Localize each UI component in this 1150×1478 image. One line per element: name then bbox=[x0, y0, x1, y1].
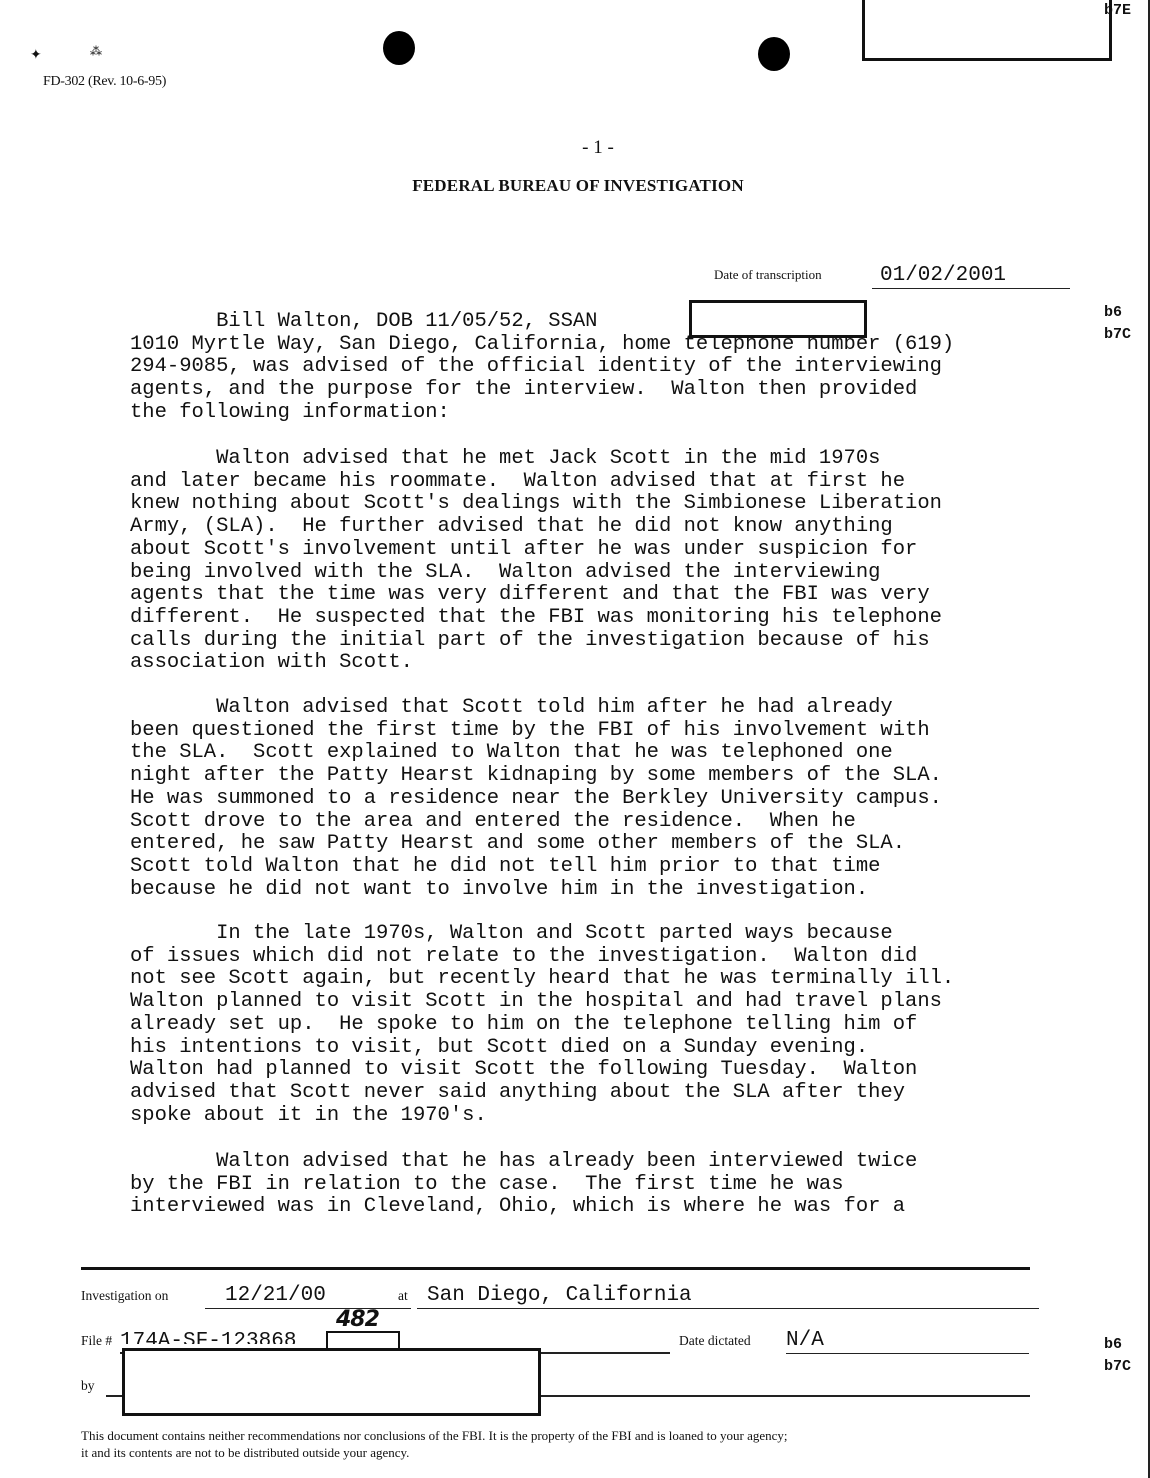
text-line: been questioned the first time by the FB… bbox=[130, 720, 1090, 743]
text-line: by the FBI in relation to the case. The … bbox=[130, 1174, 1090, 1197]
text-line: of issues which did not relate to the in… bbox=[130, 946, 1090, 969]
handwritten-serial: 482 bbox=[336, 1307, 379, 1332]
text-line: 1010 Myrtle Way, San Diego, California, … bbox=[130, 334, 1090, 357]
text-line: night after the Patty Hearst kidnaping b… bbox=[130, 765, 1090, 788]
disclaimer-line: This document contains neither recommend… bbox=[81, 1427, 1021, 1444]
exemption-codes: b6 b7C bbox=[1104, 302, 1131, 346]
text-line: because he did not want to involve him i… bbox=[130, 879, 1090, 902]
footer-divider bbox=[81, 1267, 1030, 1270]
exemption-codes: b6 b7C bbox=[1104, 1334, 1131, 1378]
text-line: about Scott's involvement until after he… bbox=[130, 539, 1090, 562]
date-dictated: N/A bbox=[786, 1329, 1029, 1354]
text-line: Walton advised that he met Jack Scott in… bbox=[130, 448, 1090, 471]
text-line: calls during the initial part of the inv… bbox=[130, 630, 1090, 653]
text-line: not see Scott again, but recently heard … bbox=[130, 968, 1090, 991]
date-of-transcription: 01/02/2001 bbox=[872, 264, 1070, 289]
text-line: Walton had planned to visit Scott the fo… bbox=[130, 1059, 1090, 1082]
redaction-box-ssan bbox=[689, 300, 867, 338]
text-line: the following information: bbox=[130, 402, 1090, 425]
redaction-box bbox=[862, 0, 1112, 61]
disclaimer: This document contains neither recommend… bbox=[81, 1427, 1021, 1461]
text-line: Scott told Walton that he did not tell h… bbox=[130, 856, 1090, 879]
text-line: and later became his roommate. Walton ad… bbox=[130, 471, 1090, 494]
exemption-code: b7C bbox=[1104, 324, 1131, 346]
punch-hole-icon bbox=[383, 31, 415, 65]
form-id: FD-302 (Rev. 10-6-95) bbox=[43, 74, 166, 90]
text-line: being involved with the SLA. Walton advi… bbox=[130, 562, 1090, 585]
text-line: Bill Walton, DOB 11/05/52, SSAN home add… bbox=[130, 311, 1090, 334]
text-line: agents that the time was very different … bbox=[130, 584, 1090, 607]
investigation-date: 12/21/00 bbox=[205, 1284, 411, 1309]
investigation-location: San Diego, California bbox=[417, 1284, 1039, 1309]
exemption-code: b6 bbox=[1104, 1334, 1131, 1356]
text-line: interviewed was in Cleveland, Ohio, whic… bbox=[130, 1196, 1090, 1219]
by-label: by bbox=[81, 1378, 95, 1394]
agency-title: FEDERAL BUREAU OF INVESTIGATION bbox=[0, 176, 1150, 196]
at-label: at bbox=[398, 1288, 408, 1304]
disclaimer-line: it and its contents are not to be distri… bbox=[81, 1444, 1021, 1461]
text-line: his intentions to visit, but Scott died … bbox=[130, 1037, 1090, 1060]
text-line: already set up. He spoke to him on the t… bbox=[130, 1014, 1090, 1037]
text-line: entered, he saw Patty Hearst and some ot… bbox=[130, 833, 1090, 856]
text-line: association with Scott. bbox=[130, 652, 1090, 675]
paragraph: Walton advised that he has already been … bbox=[130, 1151, 1090, 1219]
paragraph: Walton advised that he met Jack Scott in… bbox=[130, 448, 1090, 675]
date-dictated-label: Date dictated bbox=[679, 1333, 751, 1349]
investigation-on-label: Investigation on bbox=[81, 1288, 168, 1304]
paragraph: In the late 1970s, Walton and Scott part… bbox=[130, 923, 1090, 1127]
scan-artifact: ✦ bbox=[30, 47, 42, 64]
text-line: spoke about it in the 1970's. bbox=[130, 1105, 1090, 1128]
text-line: He was summoned to a residence near the … bbox=[130, 788, 1090, 811]
text-line: different. He suspected that the FBI was… bbox=[130, 607, 1090, 630]
file-number-label: File # bbox=[81, 1333, 112, 1349]
scan-artifact: ⁂ bbox=[90, 44, 102, 59]
text-line: agents, and the purpose for the intervie… bbox=[130, 379, 1090, 402]
text-line: Army, (SLA). He further advised that he … bbox=[130, 516, 1090, 539]
exemption-code: b7C bbox=[1104, 1356, 1131, 1378]
text-line: Walton planned to visit Scott in the hos… bbox=[130, 991, 1090, 1014]
page-number: - 1 - bbox=[0, 137, 1150, 159]
text-line: the SLA. Scott explained to Walton that … bbox=[130, 742, 1090, 765]
date-of-transcription-label: Date of transcription bbox=[714, 267, 822, 283]
paragraph: Bill Walton, DOB 11/05/52, SSAN home add… bbox=[130, 311, 1090, 425]
text-line: 294-9085, was advised of the official id… bbox=[130, 356, 1090, 379]
text-line: Walton advised that he has already been … bbox=[130, 1151, 1090, 1174]
text-line: In the late 1970s, Walton and Scott part… bbox=[130, 923, 1090, 946]
text-line: Walton advised that Scott told him after… bbox=[130, 697, 1090, 720]
exemption-code: b6 bbox=[1104, 302, 1131, 324]
exemption-code: b7E bbox=[1104, 0, 1131, 22]
text-line: Scott drove to the area and entered the … bbox=[130, 811, 1090, 834]
text-line: advised that Scott never said anything a… bbox=[130, 1082, 1090, 1105]
text-line: knew nothing about Scott's dealings with… bbox=[130, 493, 1090, 516]
paragraph: Walton advised that Scott told him after… bbox=[130, 697, 1090, 901]
punch-hole-icon bbox=[758, 37, 790, 71]
redaction-box-agents bbox=[122, 1348, 541, 1416]
